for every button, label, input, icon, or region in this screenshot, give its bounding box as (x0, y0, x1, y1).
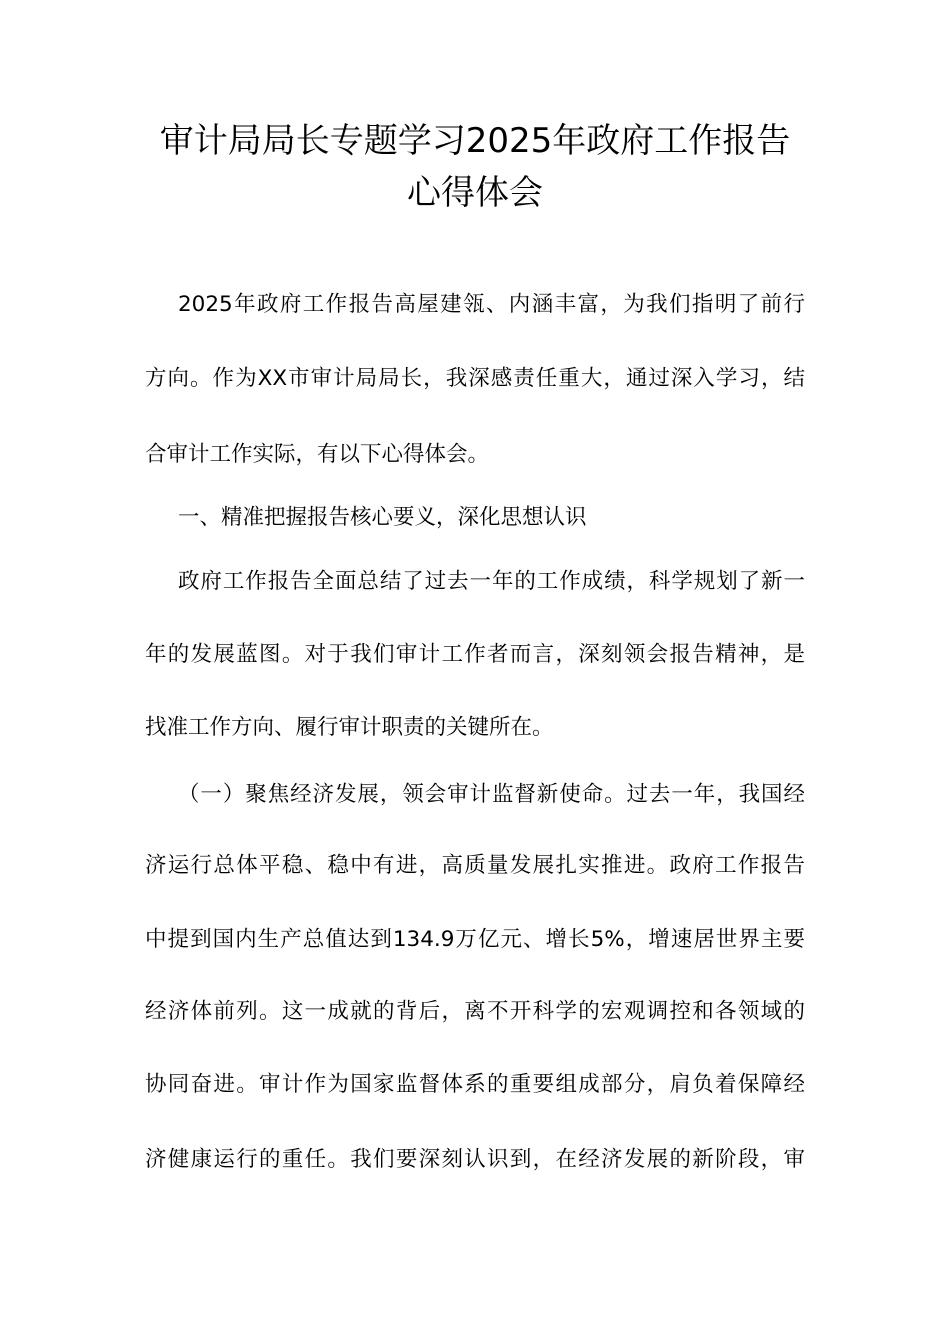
body-line: 中提到国内生产总值达到134.9万亿元、增长5%，增速居世界主要 (145, 925, 805, 955)
body-line: 济运行总体平稳、稳中有进，高质量发展扎实推进。政府工作报告 (145, 851, 805, 881)
section-heading: 一、精准把握报告核心要义，深化思想认识 (178, 503, 805, 533)
document-title: 审计局局长专题学习2025年政府工作报告 心得体会 (145, 115, 805, 219)
body-line: 济健康运行的重任。我们要深刻认识到，在经济发展的新阶段，审 (145, 1145, 805, 1175)
title-line-2: 心得体会 (145, 167, 805, 219)
body-line: 政府工作报告全面总结了过去一年的工作成绩，科学规划了新一 (178, 567, 805, 597)
subsection-line: （一）聚焦经济发展，领会审计监督新使命。过去一年，我国经 (178, 780, 805, 810)
document-page: 审计局局长专题学习2025年政府工作报告 心得体会 2025年政府工作报告高屋建… (0, 0, 950, 1344)
body-line: 合审计工作实际，有以下心得体会。 (145, 440, 805, 470)
body-line: 协同奋进。审计作为国家监督体系的重要组成部分，肩负着保障经 (145, 1070, 805, 1100)
body-line: 找准工作方向、履行审计职责的关键所在。 (145, 713, 805, 743)
body-line: 方向。作为XX市审计局局长，我深感责任重大，通过深入学习，结 (145, 364, 805, 394)
body-line: 经济体前列。这一成就的背后，离不开科学的宏观调控和各领域的 (145, 997, 805, 1027)
body-line: 2025年政府工作报告高屋建瓴、内涵丰富，为我们指明了前行 (178, 290, 805, 320)
body-line: 年的发展蓝图。对于我们审计工作者而言，深刻领会报告精神，是 (145, 640, 805, 670)
title-line-1: 审计局局长专题学习2025年政府工作报告 (145, 115, 805, 167)
